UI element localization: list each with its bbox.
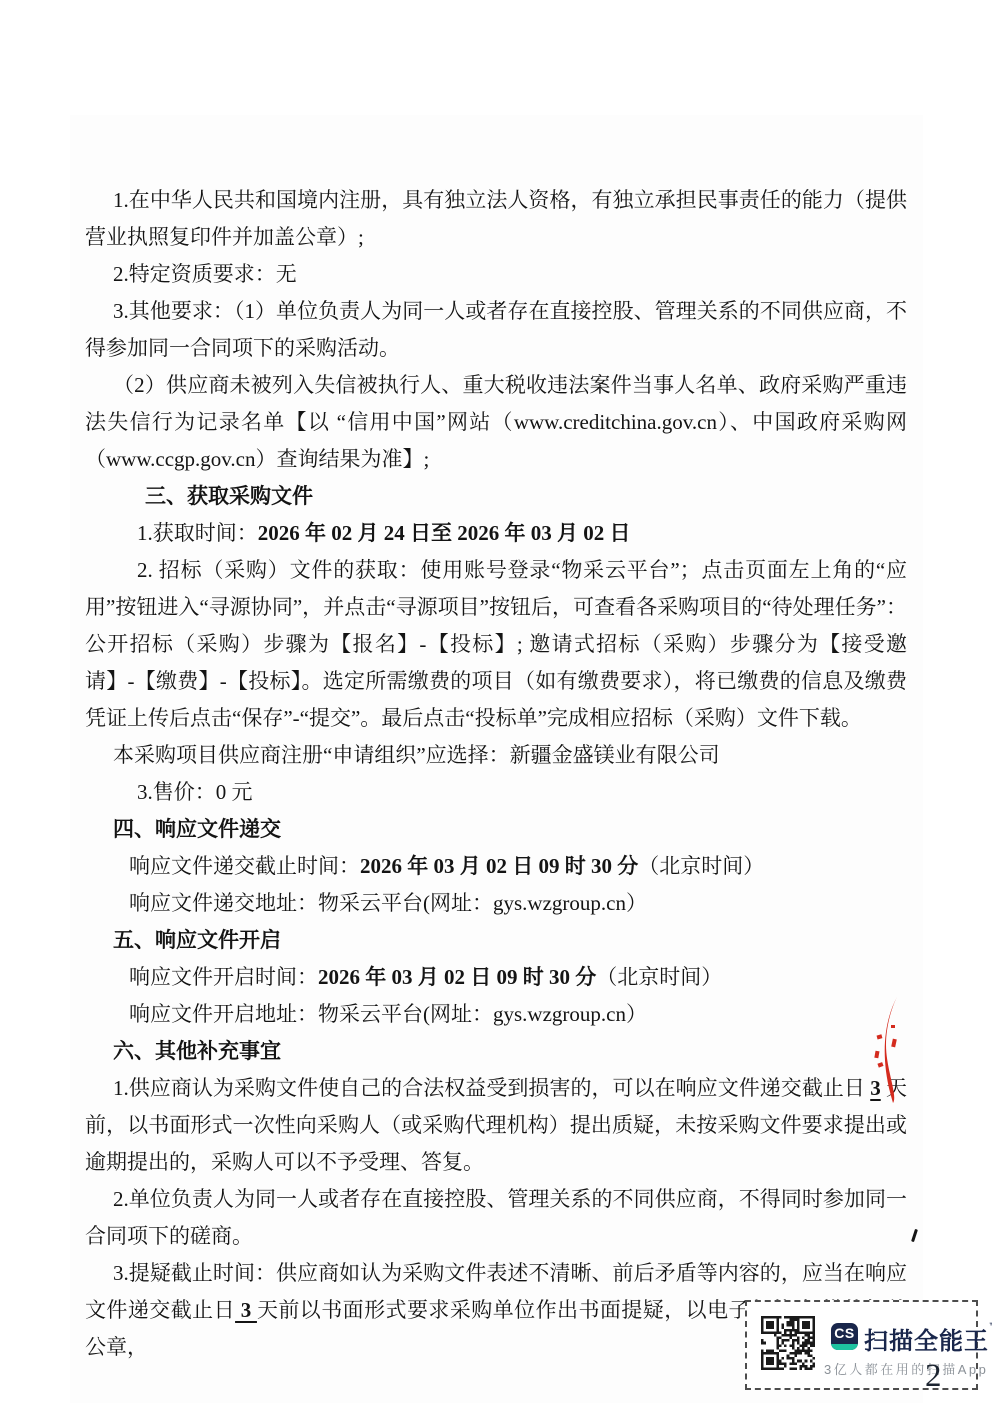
text-run: 1.供应商认为采购文件使自己的合法权益受到损害的，可以在响应文件递交截止日 [113,1076,870,1100]
document-body: 1.在中华人民共和国境内注册，具有独立法人资格，有独立承担民事责任的能力（提供营… [85,182,907,1366]
camscanner-app-name: 扫描全能王™ [864,1321,992,1356]
section-heading: 四、响应文件递交 [85,811,907,848]
paragraph: 3.售价：0 元 [85,774,907,811]
paragraph: 3.其他要求：（1）单位负责人为同一人或者存在直接控股、管理关系的不同供应商，不… [85,293,907,367]
text-run: 1.在中华人民共和国境内注册，具有独立法人资格，有独立承担民事责任的能力（提供营… [85,188,907,249]
paragraph: 1.供应商认为采购文件使自己的合法权益受到损害的，可以在响应文件递交截止日 3 … [85,1070,907,1181]
text-run: 三、获取采购文件 [145,484,313,508]
section-heading: 五、响应文件开启 [85,922,907,959]
paragraph: 2.单位负责人为同一人或者存在直接控股、管理关系的不同供应商，不得同时参加同一合… [85,1181,907,1255]
paragraph: （2）供应商未被列入失信被执行人、重大税收违法案件当事人名单、政府采购严重违法失… [85,367,907,478]
paragraph: 响应文件递交截止时间：2026 年 03 月 02 日 09 时 30 分（北京… [85,848,907,885]
text-run: 四、响应文件递交 [113,817,281,841]
seal-arc [885,997,897,1103]
text-run: 2.单位负责人为同一人或者存在直接控股、管理关系的不同供应商，不得同时参加同一合… [85,1187,907,1248]
paragraph: 2.特定资质要求：无 [85,256,907,293]
qr-code [761,1314,815,1372]
text-run: （2）供应商未被列入失信被执行人、重大税收违法案件当事人名单、政府采购严重违法失… [85,373,907,471]
text-run: 2.特定资质要求：无 [113,262,297,286]
text-run: 3 [235,1298,257,1322]
text-run: 3.其他要求：（1）单位负责人为同一人或者存在直接控股、管理关系的不同供应商，不… [85,299,907,360]
paragraph: 响应文件递交地址：物采云平台(网址：gys.wzgroup.cn） [85,885,907,922]
paragraph: 本采购项目供应商注册“申请组织”应选择：新疆金盛镁业有限公司 [85,737,907,774]
paragraph: 响应文件开启地址：物采云平台(网址：gys.wzgroup.cn） [85,996,907,1033]
text-run: 2. 招标（采购）文件的获取：使用账号登录“物采云平台”；点击页面左上角的“应用… [85,558,907,730]
text-run: （北京时间） [638,854,764,878]
text-run: 五、响应文件开启 [113,928,281,952]
page-number: 2 [925,1358,942,1395]
paragraph: 1.在中华人民共和国境内注册，具有独立法人资格，有独立承担民事责任的能力（提供营… [85,182,907,256]
text-run: 1.获取时间： [137,521,258,545]
text-run: （北京时间） [596,965,722,989]
camscanner-watermark: CS 扫描全能王™ 3亿人都在用的扫描App [745,1300,978,1390]
text-run: 2026 年 03 月 02 日 09 时 30 分 [360,854,638,878]
section-heading: 三、获取采购文件 [85,478,907,515]
text-run: 响应文件递交地址：物采云平台(网址：gys.wzgroup.cn） [129,891,647,915]
camscanner-icon-label: CS [831,1325,858,1341]
text-run: 响应文件开启地址：物采云平台(网址：gys.wzgroup.cn） [129,1002,647,1026]
text-run: 响应文件开启时间： [129,965,318,989]
text-run: 2026 年 02 月 24 日至 2026 年 03 月 02 日 [258,521,631,545]
text-run: 六、其他补充事宜 [113,1039,281,1063]
text-run: 2026 年 03 月 02 日 09 时 30 分 [318,965,596,989]
official-seal-fragment [870,995,912,1105]
paragraph: 响应文件开启时间：2026 年 03 月 02 日 09 时 30 分（北京时间… [85,959,907,996]
camscanner-tagline: 3亿人都在用的扫描App [824,1359,988,1378]
app-name-text: 扫描全能王 [864,1328,989,1355]
camscanner-app-icon: CS [831,1323,858,1350]
text-run: 响应文件递交截止时间： [129,854,360,878]
camscanner-icon-accent [831,1344,858,1350]
paragraph: 2. 招标（采购）文件的获取：使用账号登录“物采云平台”；点击页面左上角的“应用… [85,552,907,737]
text-run: 3.售价：0 元 [137,780,253,804]
section-heading: 六、其他补充事宜 [85,1033,907,1070]
paragraph: 1.获取时间：2026 年 02 月 24 日至 2026 年 03 月 02 … [85,515,907,552]
text-run: 本采购项目供应商注册“申请组织”应选择：新疆金盛镁业有限公司 [113,743,720,767]
